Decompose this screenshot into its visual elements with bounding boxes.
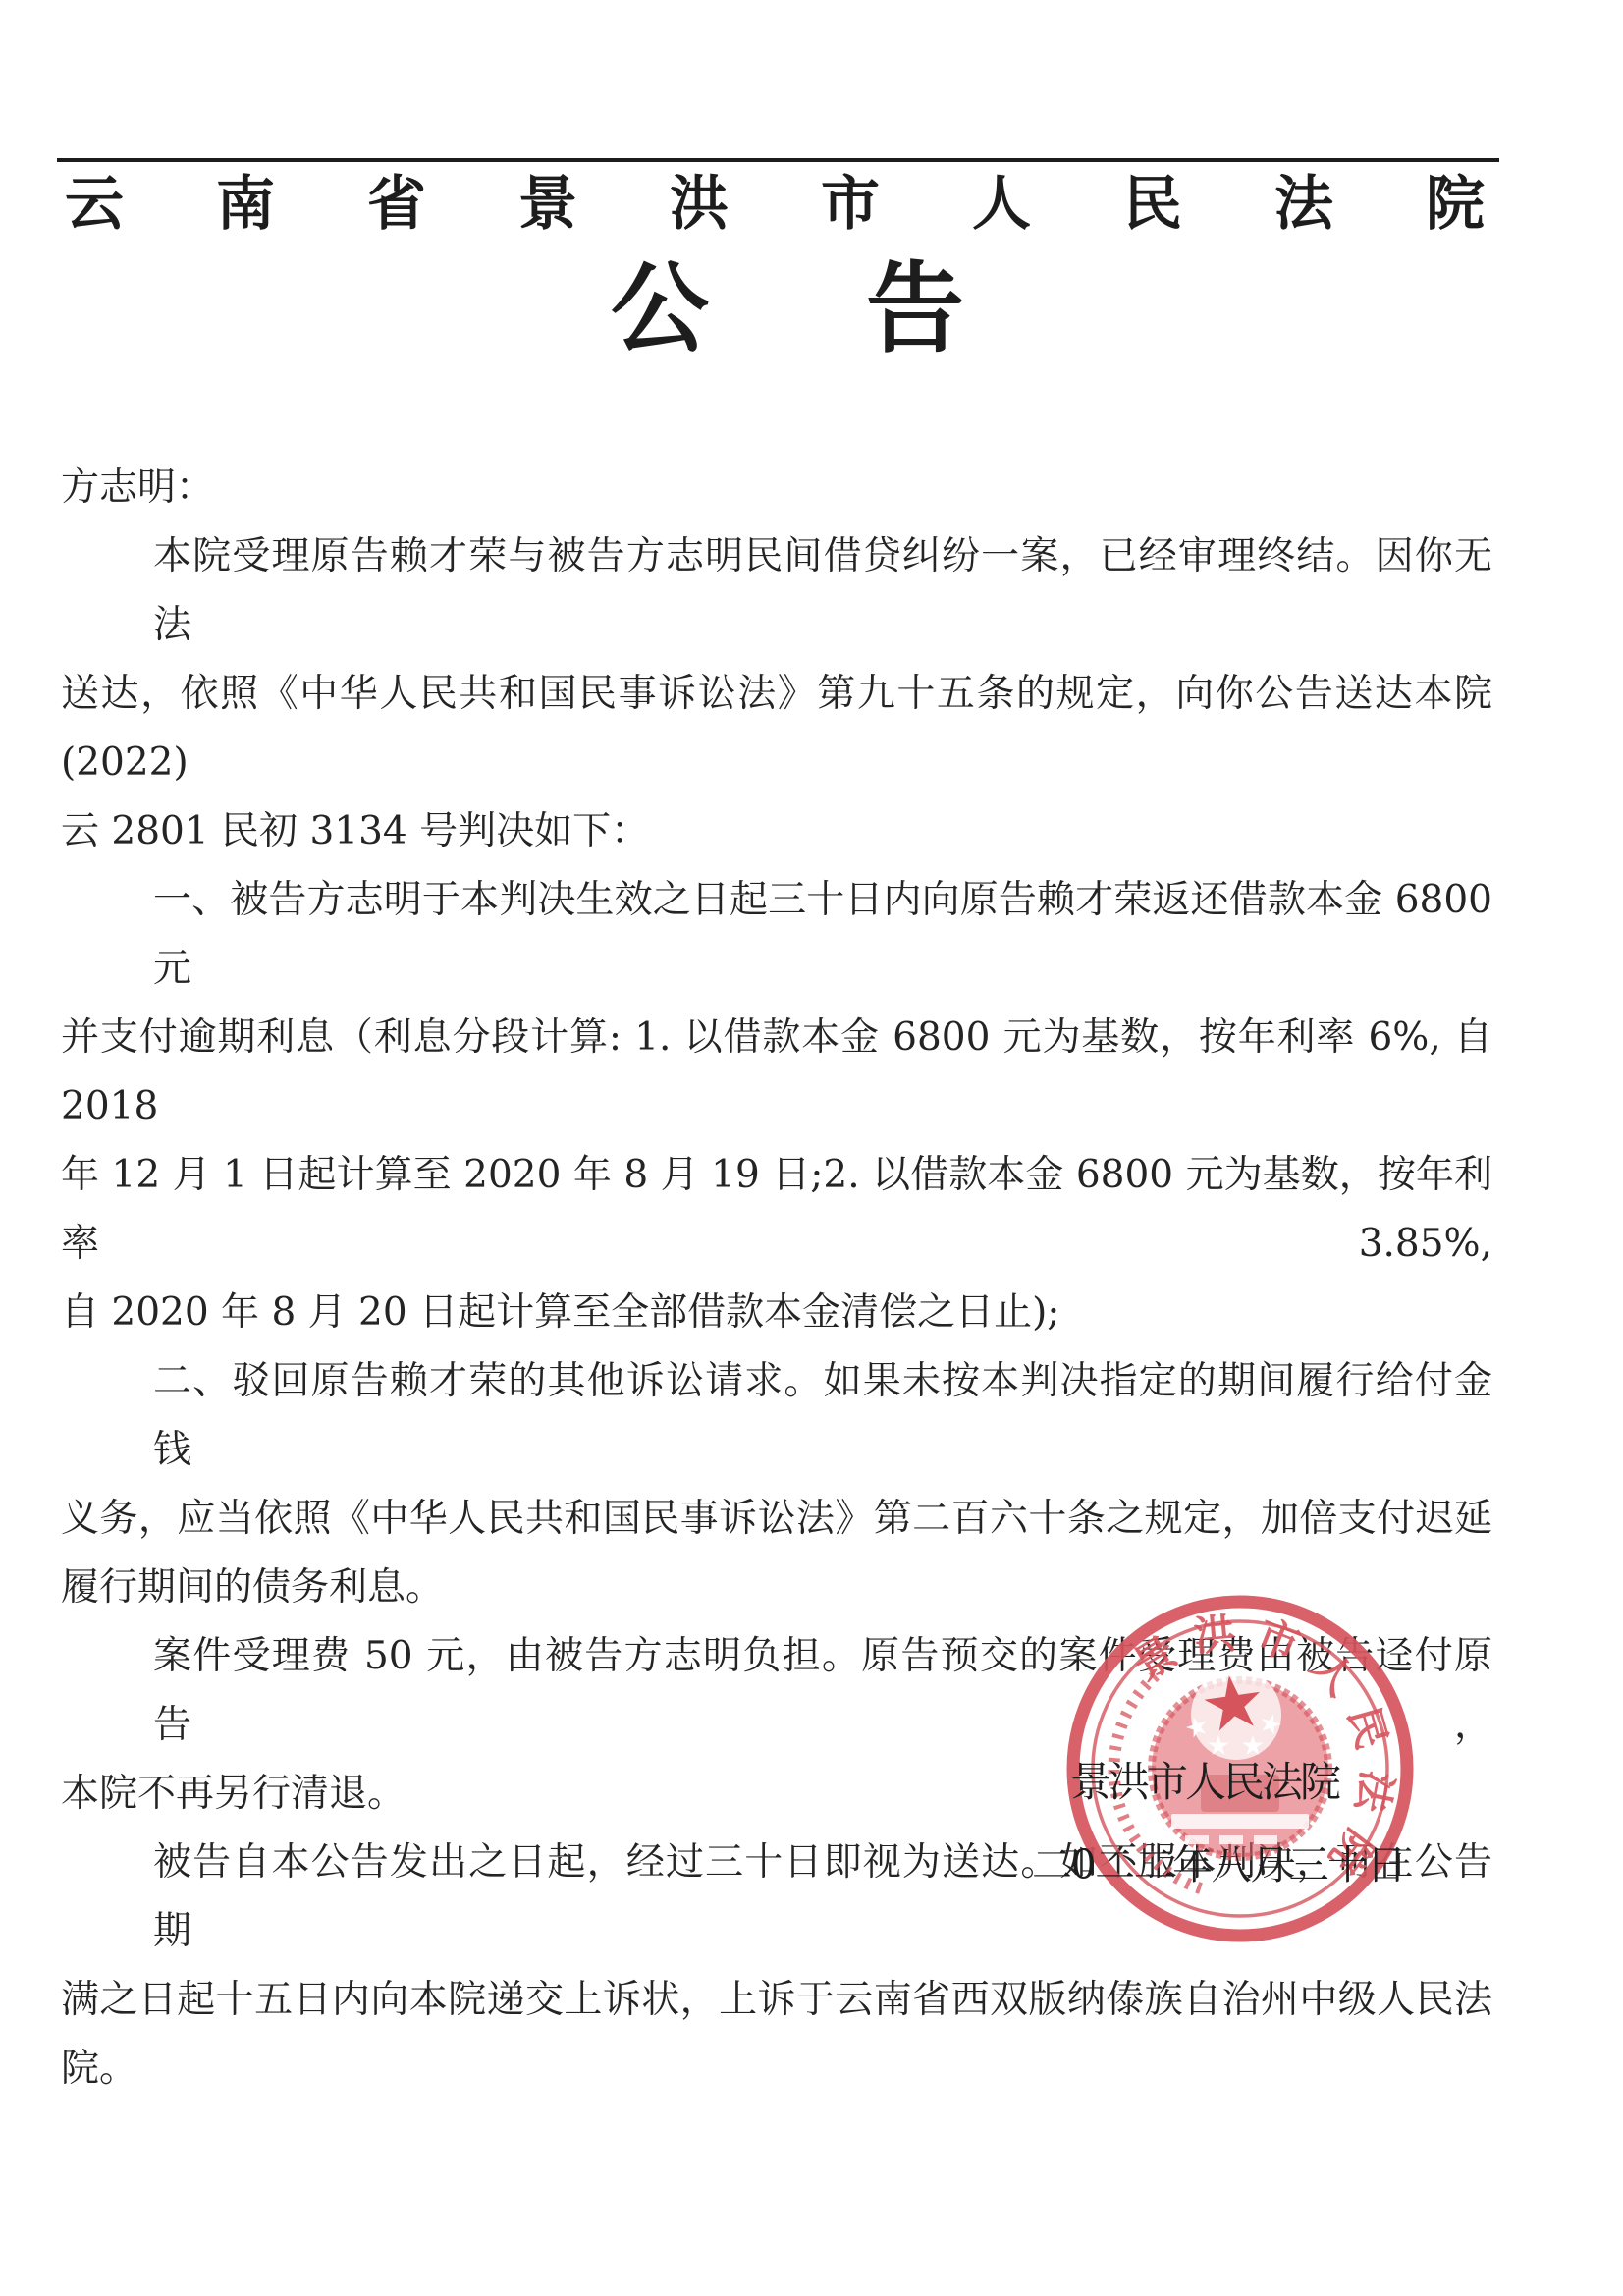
document-title: 公 告 xyxy=(611,259,964,357)
document-title-char: 公 xyxy=(611,259,709,357)
body-line: 自 2020 年 8 月 20 日起计算至全部借款本金清偿之日止); xyxy=(61,1279,1492,1347)
body-line-salutation: 方志明： xyxy=(61,454,1492,522)
body-line: 本院受理原告赖才荣与被告方志明民间借贷纠纷一案，已经审理终结。因你无法 xyxy=(61,522,1492,660)
court-header-char: 院 xyxy=(1426,173,1485,236)
court-header-char: 洪 xyxy=(670,173,729,236)
body-line: 送达，依照《中华人民共和国民事诉讼法》第九十五条的规定，向你公告送达本院(202… xyxy=(61,660,1492,797)
court-header-char: 省 xyxy=(367,173,426,236)
court-header-char: 市 xyxy=(821,173,880,236)
court-header-char: 南 xyxy=(216,173,275,236)
body-line: 二、驳回原告赖才荣的其他诉讼请求。如果未按本判决指定的期间履行给付金钱 xyxy=(61,1347,1492,1485)
body-line: 云 2801 民初 3134 号判决如下： xyxy=(61,797,1492,866)
gate-band xyxy=(1171,1814,1309,1829)
body-line: 义务，应当依照《中华人民共和国民事诉讼法》第二百六十条之规定，加倍支付迟延 xyxy=(61,1485,1492,1554)
body-line: 满之日起十五日内向本院递交上诉状，上诉于云南省西双版纳傣族自治州中级人民法 xyxy=(61,1966,1492,2035)
court-header-char: 人 xyxy=(972,173,1031,236)
court-header-char: 法 xyxy=(1274,173,1333,236)
body-line: 年 12 月 1 日起计算至 2020 年 8 月 19 日;2. 以借款本金 … xyxy=(61,1141,1492,1279)
body-line: 一、被告方志明于本判决生效之日起三十日内向原告赖才荣返还借款本金 6800 元 xyxy=(61,866,1492,1004)
court-announcement-page: 云 南 省 景 洪 市 人 民 法 院 公 告 方志明： 本院受理原告赖才荣与被… xyxy=(0,0,1623,2296)
seal-date: 二0二二年八月三十日 xyxy=(1032,1842,1405,1887)
court-header-char: 云 xyxy=(65,173,124,236)
court-name-header: 云 南 省 景 洪 市 人 民 法 院 xyxy=(65,173,1485,236)
document-title-char: 告 xyxy=(866,259,964,357)
court-header-char: 景 xyxy=(518,173,577,236)
body-line: 院。 xyxy=(61,2035,1492,2104)
header-rule xyxy=(57,158,1499,162)
body-line: 并支付逾期利息（利息分段计算: 1. 以借款本金 6800 元为基数，按年利率 … xyxy=(61,1004,1492,1141)
court-header-char: 民 xyxy=(1123,173,1182,236)
seal-court-name: 景洪市人民法院 xyxy=(1070,1760,1338,1805)
